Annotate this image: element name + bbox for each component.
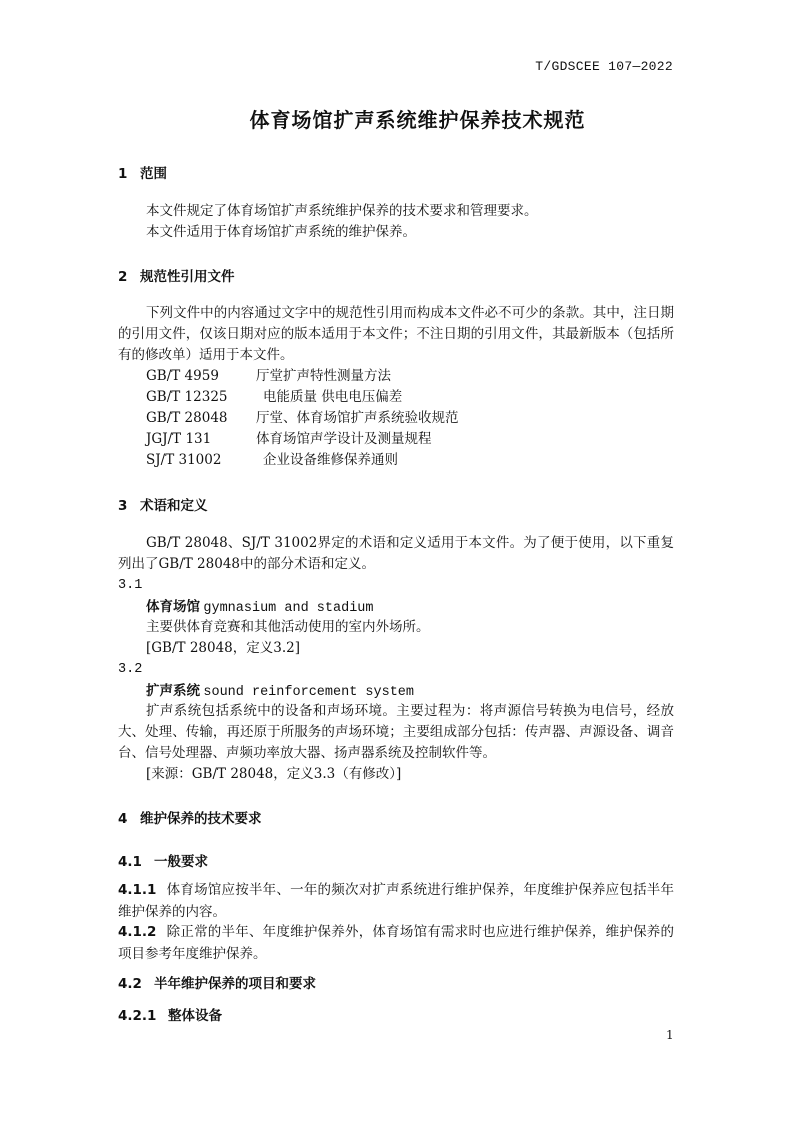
normative-ref: JGJ/T 131体育场馆声学设计及测量规程 [146, 429, 432, 450]
term-entry: 扩声系统 sound reinforcement system [146, 680, 414, 703]
section-4-heading: 4维护保养的技术要求 [118, 807, 262, 827]
clause-4-2-1-heading: 4.2.1整体设备 [118, 1004, 222, 1024]
term-source: [GB/T 28048，定义3.2] [146, 638, 300, 659]
normative-ref: GB/T 4959厅堂扩声特性测量方法 [146, 366, 391, 387]
page-number: 1 [666, 1028, 674, 1042]
subsection-4-2-heading: 4.2半年维护保养的项目和要求 [118, 972, 316, 992]
term-entry: 体育场馆 gymnasium and stadium [146, 596, 374, 619]
section-1-para-1: 本文件规定了体育场馆扩声系统维护保养的技术要求和管理要求。 [146, 201, 538, 222]
term-source: [来源：GB/T 28048，定义3.3（有修改）] [146, 764, 401, 785]
subsection-4-1-heading: 4.1一般要求 [118, 850, 208, 870]
term-number: 3.1 [118, 575, 142, 596]
document-code: T/GDSCEE 107—2022 [535, 59, 673, 74]
section-2-intro: 下列文件中的内容通过文字中的规范性引用而构成本文件必不可少的条款。其中，注日期的… [118, 303, 674, 366]
normative-ref: SJ/T 31002企业设备维修保养通则 [146, 450, 398, 471]
term-number: 3.2 [118, 659, 142, 680]
clause-4-1-2: 4.1.2除正常的半年、年度维护保养外，体育场馆有需求时也应进行维护保养，维护保… [118, 921, 674, 965]
section-1-heading: 1范围 [118, 162, 167, 182]
document-page: T/GDSCEE 107—2022 体育场馆扩声系统维护保养技术规范 1范围 本… [0, 0, 793, 1122]
normative-ref: GB/T 28048厅堂、体育场馆扩声系统验收规范 [146, 408, 459, 429]
term-definition: 主要供体育竞赛和其他活动使用的室内外场所。 [146, 617, 430, 638]
section-3-intro: GB/T 28048、SJ/T 31002界定的术语和定义适用于本文件。为了便于… [118, 533, 674, 575]
normative-ref: GB/T 12325电能质量 供电电压偏差 [146, 387, 402, 408]
section-2-heading: 2规范性引用文件 [118, 265, 235, 285]
document-title: 体育场馆扩声系统维护保养技术规范 [0, 104, 793, 133]
section-1-para-2: 本文件适用于体育场馆扩声系统的维护保养。 [146, 222, 416, 243]
term-definition: 扩声系统包括系统中的设备和声场环境。主要过程为：将声源信号转换为电信号，经放大、… [118, 701, 674, 764]
clause-4-1-1: 4.1.1体育场馆应按半年、一年的频次对扩声系统进行维护保养，年度维护保养应包括… [118, 879, 674, 923]
section-3-heading: 3术语和定义 [118, 494, 208, 514]
